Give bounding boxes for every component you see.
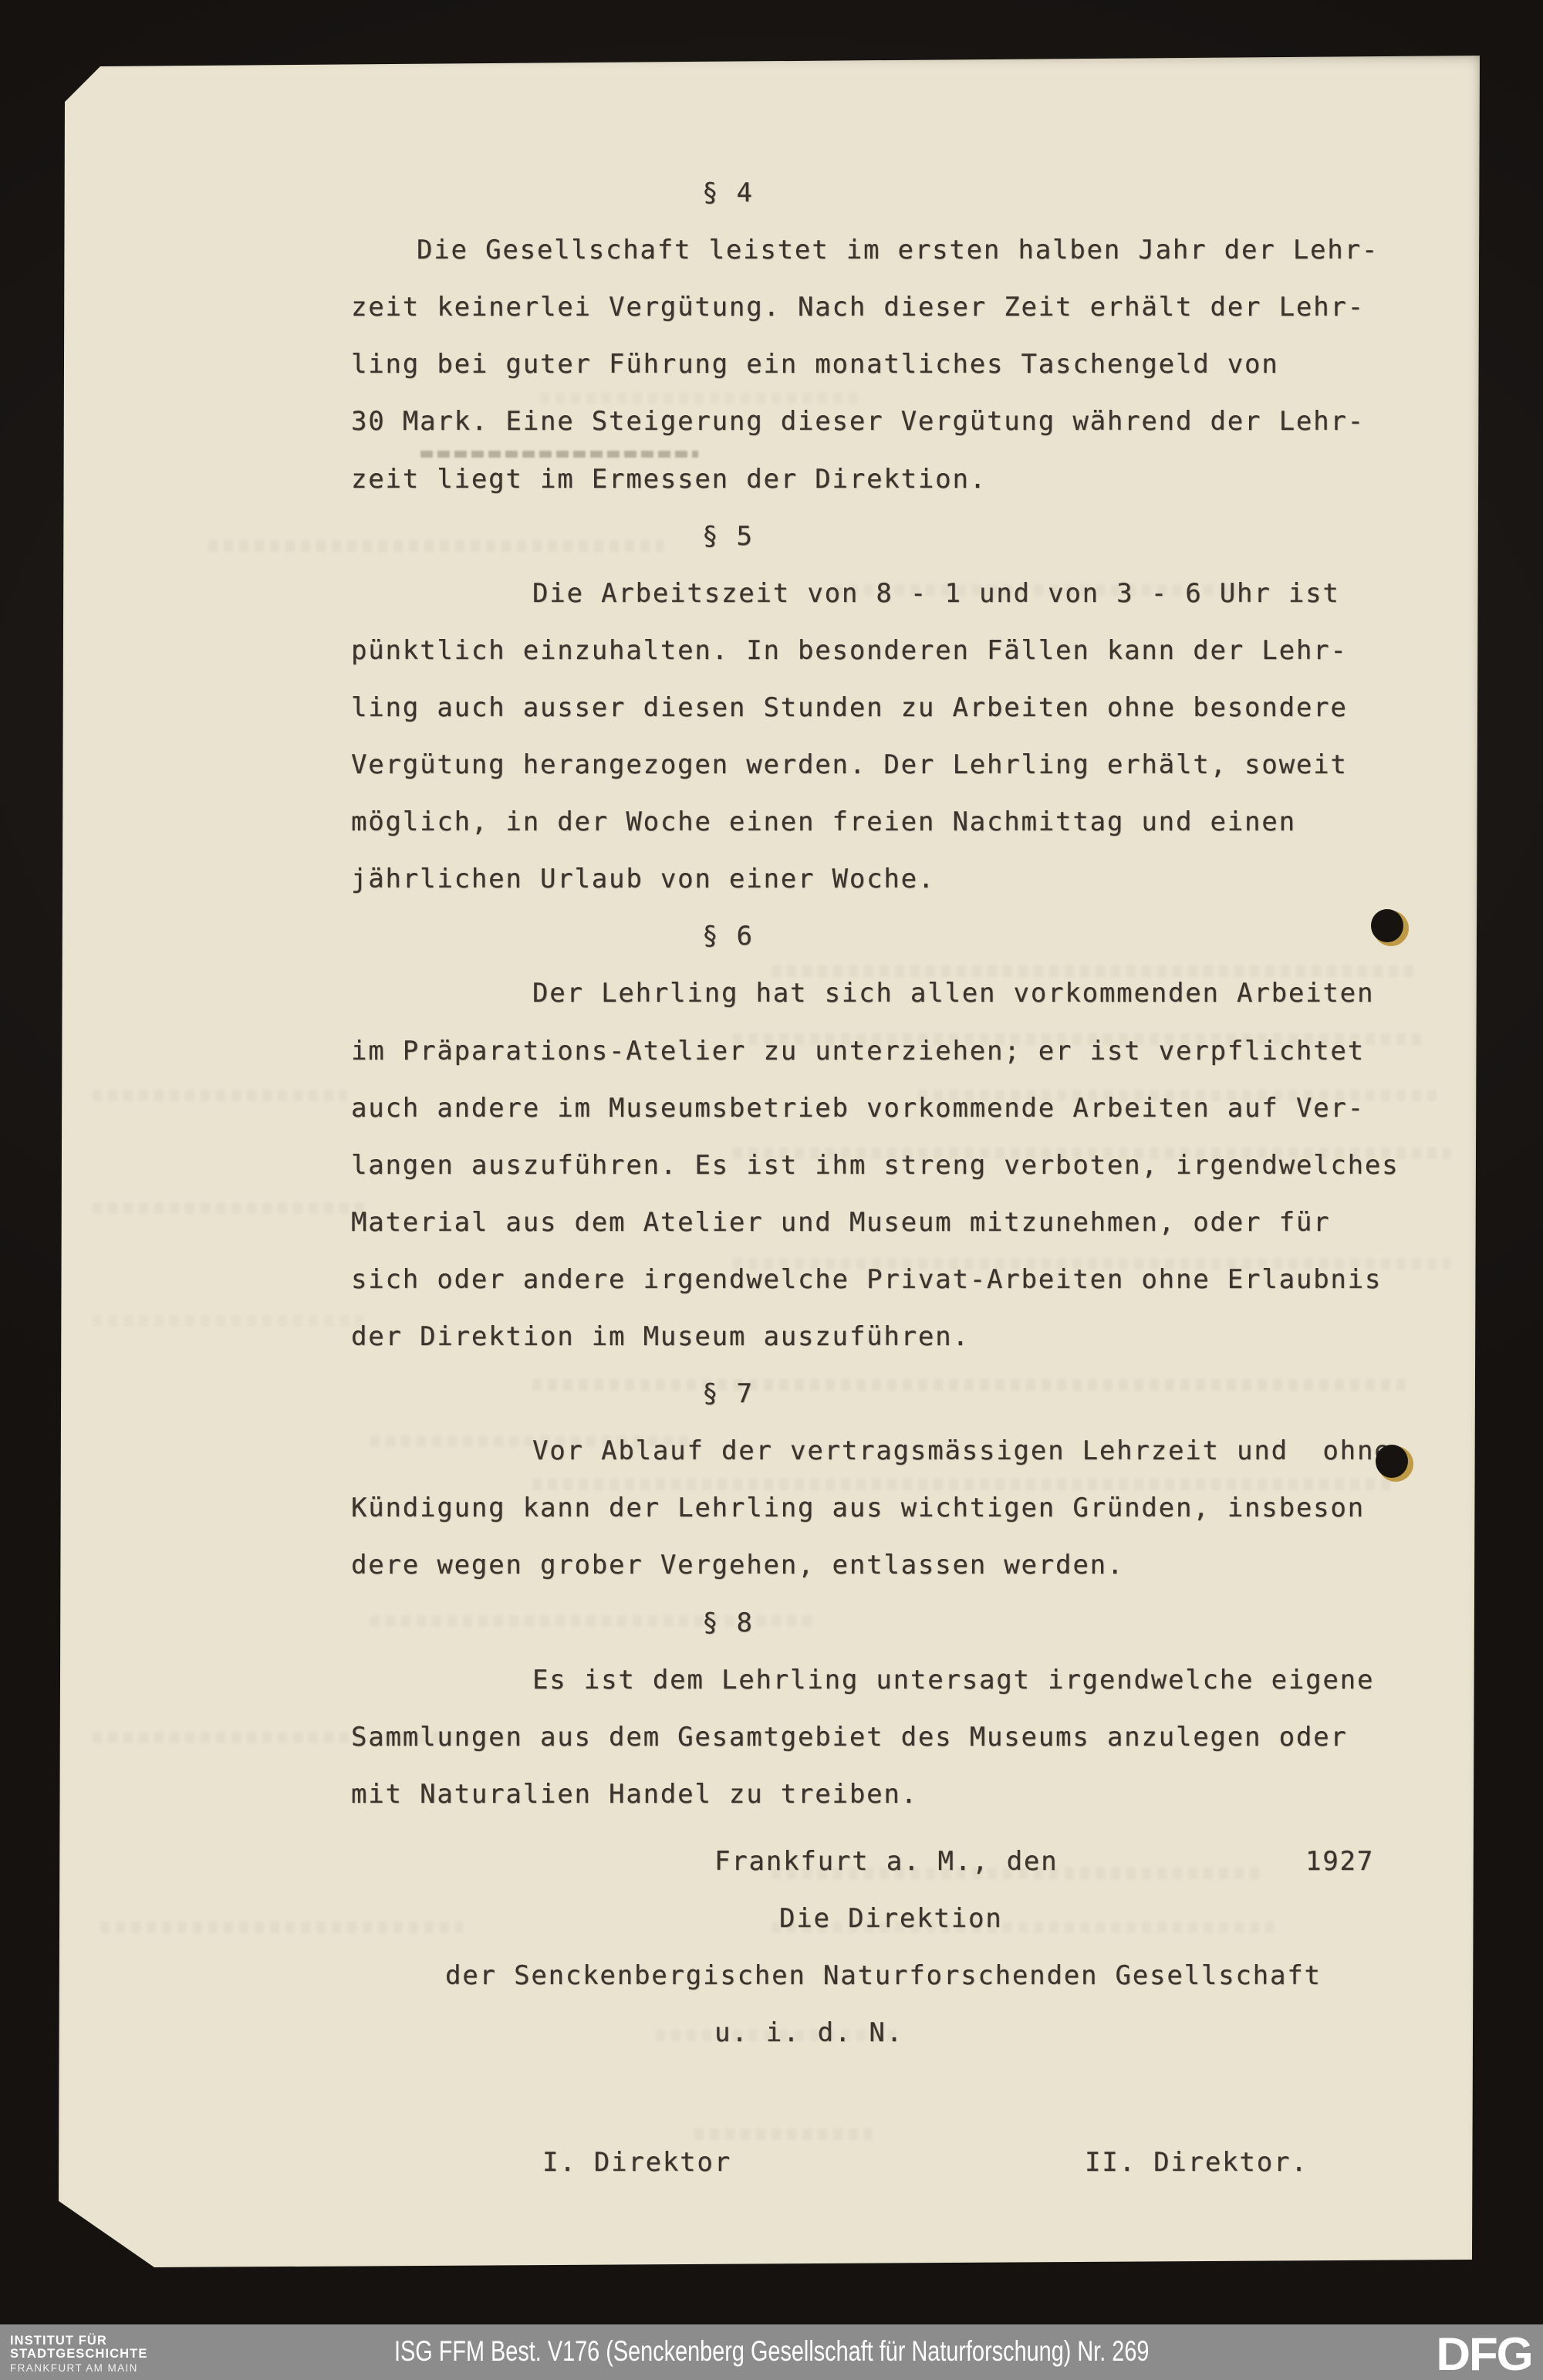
typed-line: ling auch ausser diesen Stunden zu Arbei… <box>351 692 1348 723</box>
section-heading: § 4 <box>702 177 754 208</box>
closing-place-date: Frankfurt a. M., den <box>714 1846 1058 1877</box>
closing-udn: u. i. d. N. <box>714 2017 903 2048</box>
typed-line: Die Gesellschaft leistet im ersten halbe… <box>417 235 1379 265</box>
punch-hole <box>1373 911 1409 946</box>
typed-line: auch andere im Museumsbetrieb vorkommend… <box>351 1093 1365 1124</box>
typed-line: der Direktion im Museum auszuführen. <box>351 1321 970 1352</box>
typed-line: Es ist dem Lehrling untersagt irgendwelc… <box>532 1665 1374 1695</box>
closing-gesellschaft: der Senckenbergischen Naturforschenden G… <box>445 1960 1322 1991</box>
typed-line: Die Arbeitszeit von 8 - 1 und von 3 - 6 … <box>532 578 1340 609</box>
typed-line: langen auszuführen. Es ist ihm streng ve… <box>351 1150 1399 1181</box>
archive-caption-wrap: ISG FFM Best. V176 (Senckenberg Gesellsc… <box>0 2335 1543 2368</box>
closing-direktion: Die Direktion <box>779 1903 1003 1934</box>
typed-line: Vergütung herangezogen werden. Der Lehrl… <box>351 749 1348 780</box>
typed-line: Vor Ablauf der vertragsmässigen Lehrzeit… <box>532 1435 1392 1466</box>
section-heading: § 5 <box>702 521 754 552</box>
typed-line: im Präparations-Atelier zu unterziehen; … <box>351 1036 1365 1067</box>
section-heading: § 8 <box>702 1608 754 1638</box>
typed-line: zeit liegt im Ermessen der Direktion. <box>351 464 987 495</box>
section-heading: § 7 <box>702 1378 754 1409</box>
typed-line: mit Naturalien Handel zu treiben. <box>351 1779 918 1810</box>
scanned-document-page: § 4Die Gesellschaft leistet im ersten ha… <box>0 0 1543 2380</box>
section-heading: § 6 <box>702 921 754 952</box>
signature-director-1: I. Direktor <box>542 2147 731 2178</box>
signature-director-2: II. Direktor. <box>1085 2147 1308 2178</box>
typed-line: 30 Mark. Eine Steigerung dieser Vergütun… <box>351 406 1365 437</box>
typed-line: dere wegen grober Vergehen, entlassen we… <box>351 1550 1124 1580</box>
typed-line: zeit keinerlei Vergütung. Nach dieser Ze… <box>351 292 1365 323</box>
typed-line: Kündigung kann der Lehrling aus wichtige… <box>351 1493 1365 1523</box>
dfg-logo: DFG <box>1437 2328 1532 2380</box>
typed-line: Material aus dem Atelier und Museum mitz… <box>351 1207 1330 1238</box>
typed-line: jährlichen Urlaub von einer Woche. <box>351 864 935 894</box>
archive-bar: INSTITUT FÜR STADTGESCHICHTE FRANKFURT A… <box>0 2324 1543 2380</box>
typed-line: ling bei guter Führung ein monatliches T… <box>351 349 1279 380</box>
typed-line: pünktlich einzuhalten. In besonderen Fäl… <box>351 635 1348 666</box>
archive-caption: ISG FFM Best. V176 (Senckenberg Gesellsc… <box>394 2335 1149 2368</box>
typed-line: sich oder andere irgendwelche Privat-Arb… <box>351 1264 1382 1295</box>
punch-hole <box>1378 1446 1413 1482</box>
typed-line: Sammlungen aus dem Gesamtgebiet des Muse… <box>351 1722 1348 1753</box>
closing-year: 1927 <box>1305 1846 1374 1877</box>
typed-line: möglich, in der Woche einen freien Nachm… <box>351 806 1296 837</box>
typed-line: Der Lehrling hat sich allen vorkommenden… <box>532 978 1374 1009</box>
